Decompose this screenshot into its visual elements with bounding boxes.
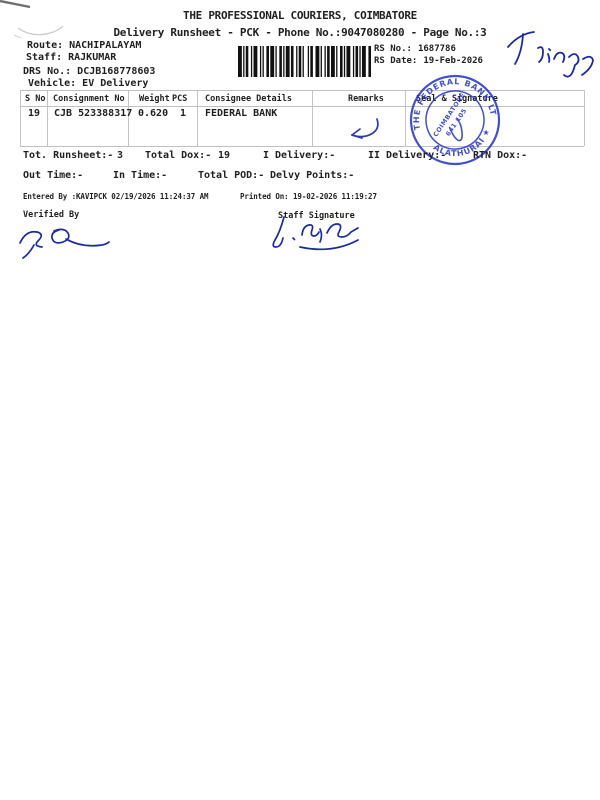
delvy-points-label: Delvy Points:- (270, 170, 354, 182)
ii-delivery-label: II Delivery:- (368, 150, 446, 162)
drs-line: DRS No.:DCJB168778603 (23, 66, 155, 78)
total-dox-label: Total Dox:- (145, 150, 211, 162)
table-line (312, 90, 313, 146)
table-line (197, 90, 198, 146)
col-header-remarks: Remarks (348, 93, 384, 105)
tot-runsheet-label: Tot. Runsheet:- (23, 150, 113, 162)
table-line (584, 90, 585, 146)
entered-by-line: Entered By :KAVIPCK 02/19/2026 11:24:37 … (23, 191, 208, 203)
staff-label: Staff: (26, 52, 62, 63)
pen-arrow-remark (344, 114, 384, 144)
tot-runsheet-value: 3 (117, 150, 123, 162)
col-header-consignment: Consignment No (53, 93, 125, 105)
col-header-weight: Weight (139, 93, 170, 105)
route-label: Route: (27, 40, 63, 51)
vehicle-line: Vehicle:EV Delivery (28, 78, 148, 90)
rtn-dox-label: RTN Dox:- (473, 150, 527, 162)
document-title: THE PROFESSIONAL COURIERS, COIMBATORE (0, 10, 600, 22)
col-header-pcs: PCS (172, 93, 187, 105)
row-consignee: FEDERAL BANK (205, 108, 277, 120)
vehicle-value: EV Delivery (82, 78, 148, 89)
out-time-label: Out Time:- (23, 170, 83, 182)
table-line (20, 90, 21, 146)
total-pod-label: Total POD:- (198, 170, 264, 182)
row-pcs: 1 (180, 108, 186, 120)
col-header-sno: S No (25, 93, 45, 105)
row-sno: 19 (28, 108, 40, 120)
table-line (47, 90, 48, 146)
drs-value: DCJB168778603 (77, 66, 155, 77)
row-weight: 0.620 (138, 108, 168, 120)
rs-no-line: RS No.:1687786 (374, 43, 456, 55)
rs-date-value: 19-Feb-2026 (423, 56, 483, 66)
row-consignment: CJB 523388317 (54, 108, 132, 120)
i-delivery-label: I Delivery:- (263, 150, 335, 162)
staff-value: RAJKUMAR (68, 52, 116, 63)
total-dox-value: 19 (218, 150, 230, 162)
rs-no-value: 1687786 (418, 44, 456, 54)
in-time-label: In Time:- (113, 170, 167, 182)
rs-no-label: RS No.: (374, 44, 412, 54)
rs-date-label: RS Date: (374, 56, 417, 66)
route-value: NACHIPALAYAM (69, 40, 141, 51)
verified-by-signature (12, 220, 112, 260)
printed-on-line: Printed On: 19-02-2026 11:19:27 (240, 191, 377, 203)
vehicle-label: Vehicle: (28, 78, 76, 89)
handwritten-note (500, 26, 600, 82)
staff-signature (260, 212, 370, 254)
drs-barcode (238, 46, 371, 77)
drs-label: DRS No.: (23, 66, 71, 77)
route-line: Route:NACHIPALAYAM (27, 40, 141, 52)
staff-line: Staff:RAJKUMAR (26, 52, 116, 64)
runsheet-document: THE PROFESSIONAL COURIERS, COIMBATORE De… (0, 0, 600, 800)
col-header-consignee: Consignee Details (205, 93, 292, 105)
